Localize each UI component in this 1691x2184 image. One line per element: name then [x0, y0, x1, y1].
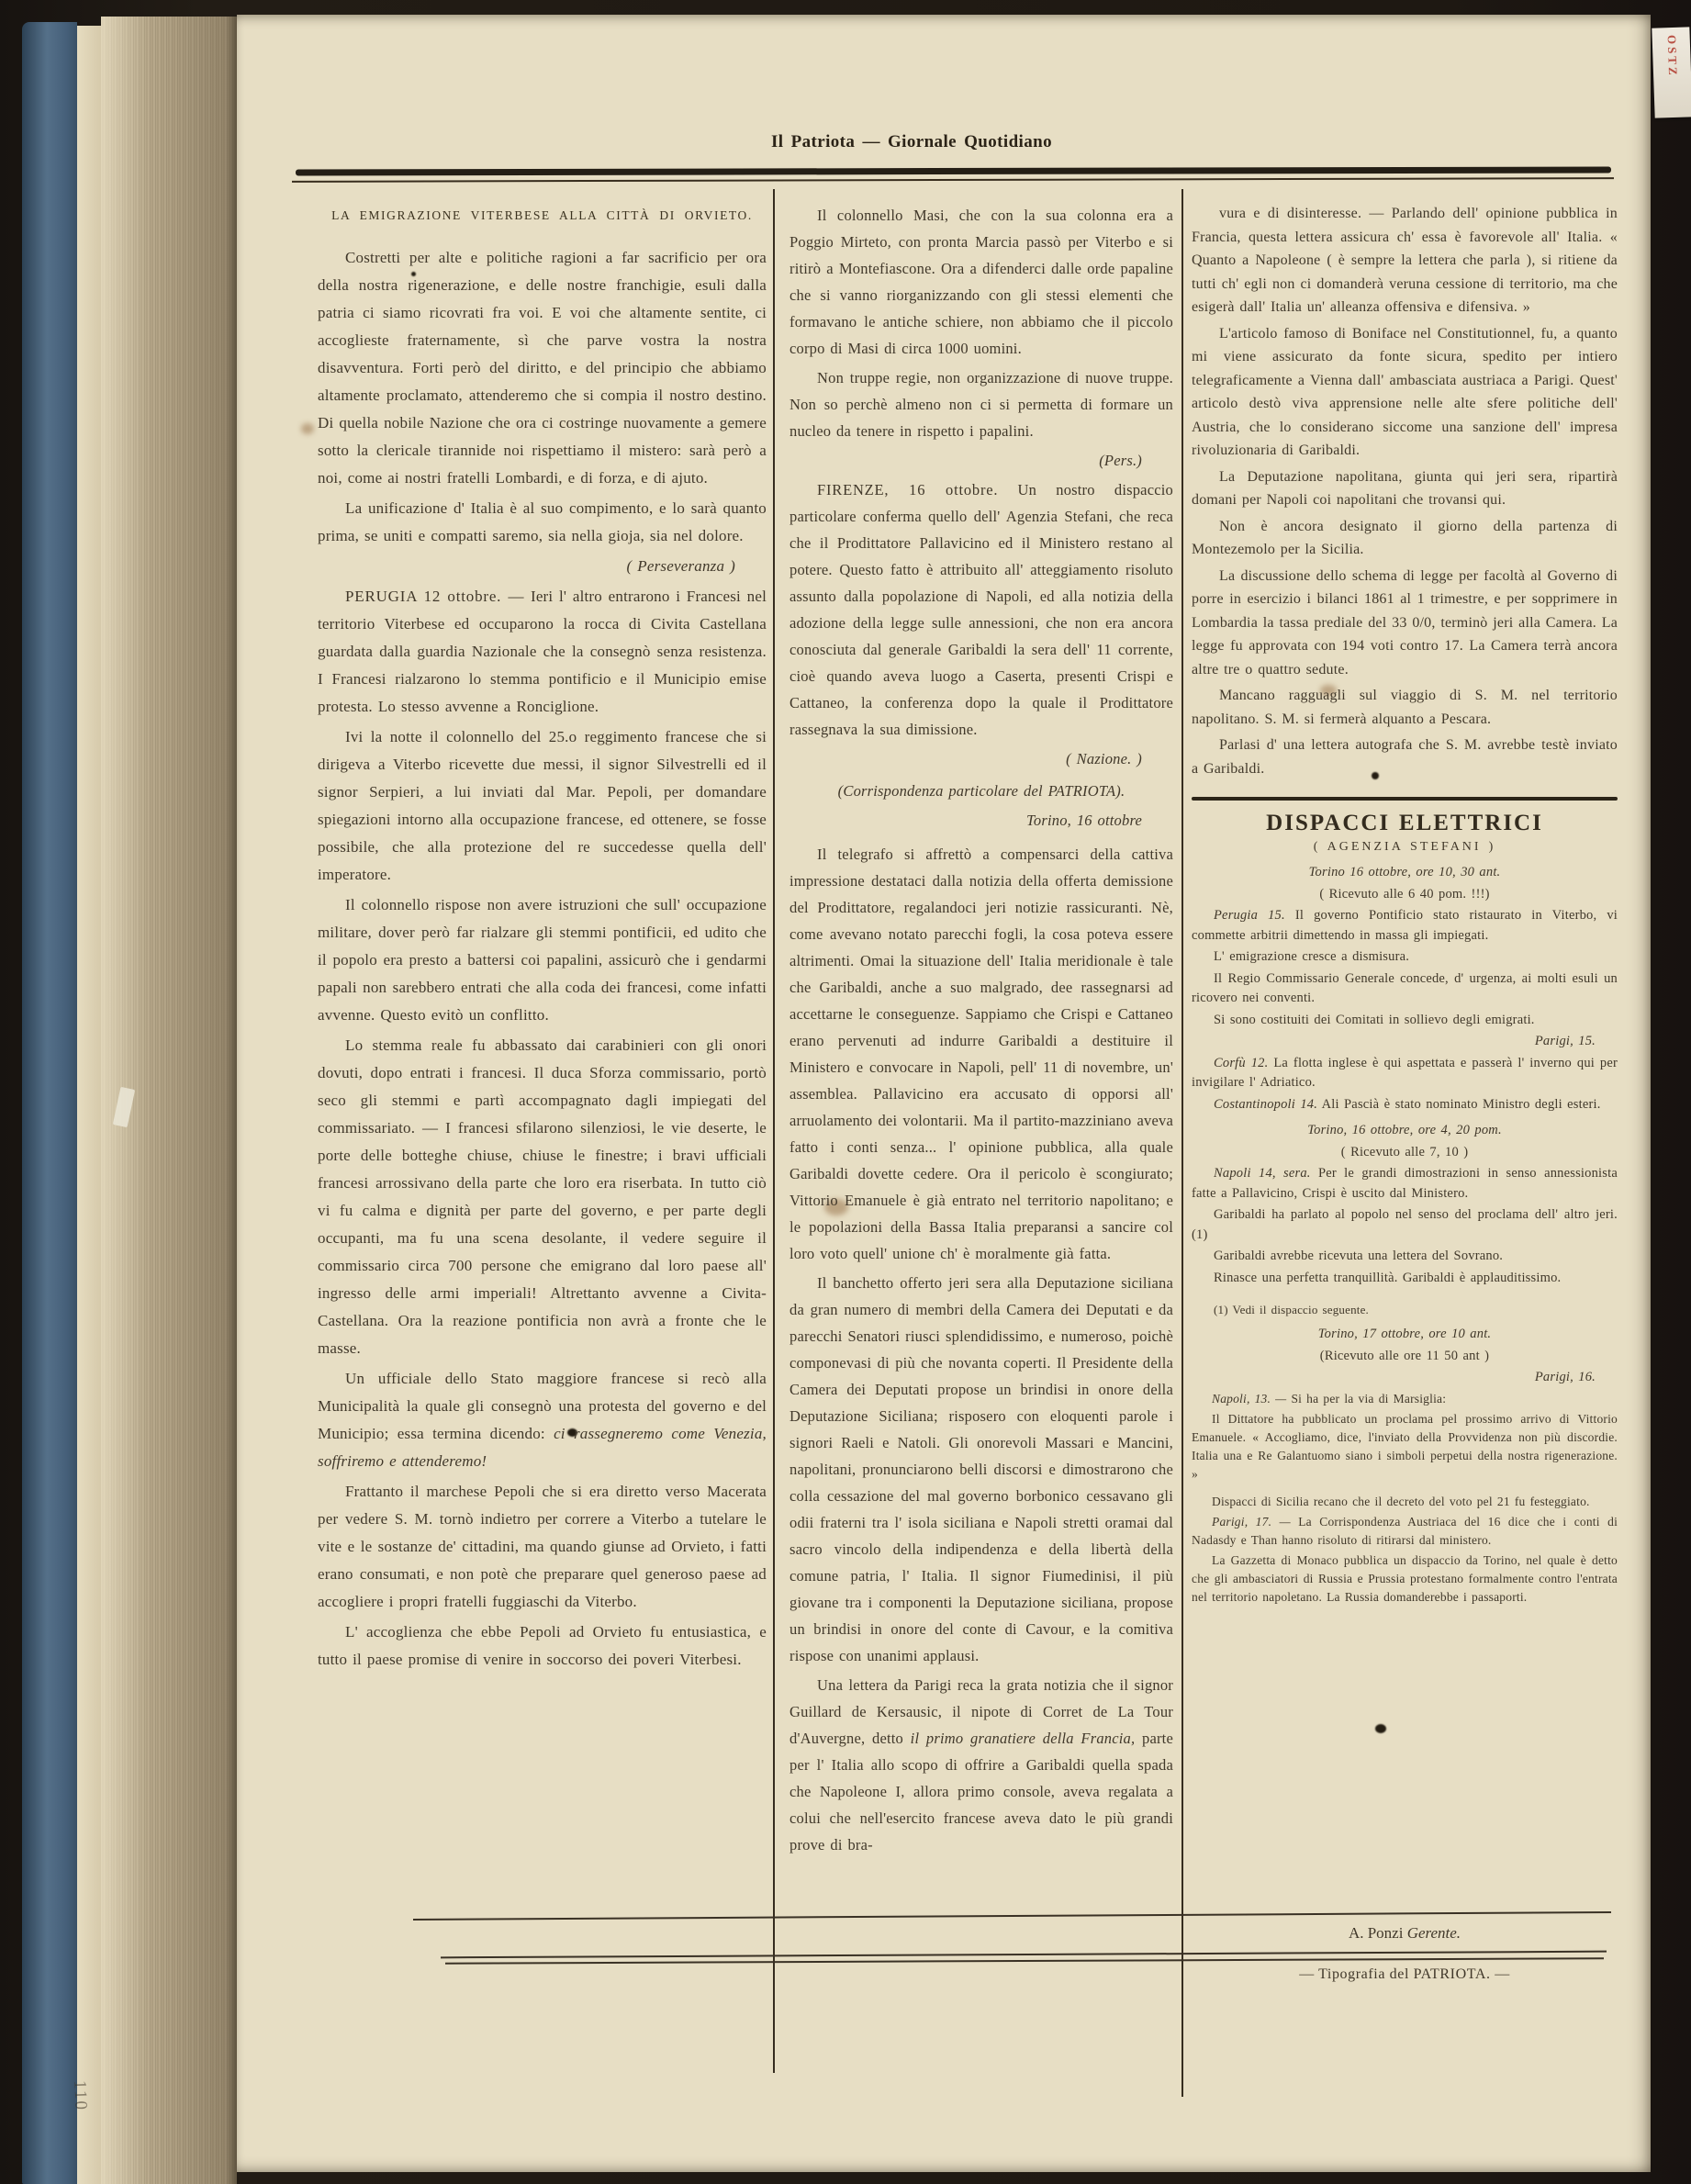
dispatch-item: La Gazzetta di Monaco pubblica un dispac… [1192, 1551, 1618, 1607]
footer-manager: A. Ponzi Gerente. [1192, 1924, 1618, 1943]
section-divider [1192, 797, 1618, 801]
dispatch-place: Perugia 15. [1214, 908, 1285, 923]
paragraph: La unificazione d' Italia è al suo compi… [318, 495, 767, 550]
page-edge-strip [77, 26, 101, 2184]
stain [301, 423, 314, 434]
source-signature: (Pers.) [790, 447, 1173, 474]
received-line: ( Ricevuto alle 6 40 pom. !!!) [1192, 885, 1618, 905]
ink-blot [1375, 1724, 1386, 1733]
dispatches-title: DISPACCI ELETTRICI [1192, 813, 1618, 834]
paragraph: vura e di disinteresse. — Parlando dell'… [1192, 202, 1618, 319]
received-line: ( Ricevuto alle 7, 10 ) [1192, 1143, 1618, 1163]
paragraph: Non truppe regie, non organizzazione di … [790, 364, 1173, 444]
dateline-lead: PERUGIA 12 ottobre. — [345, 588, 524, 605]
dispatch-text: Si ha per la via di Marsiglia: [1291, 1392, 1446, 1406]
paragraph: Non è ancora designato il giorno della p… [1192, 515, 1618, 562]
dispatch-item: Garibaldi avrebbe ricevuta una lettera d… [1192, 1247, 1618, 1267]
paragraph: La Deputazione napolitana, giunta qui je… [1192, 465, 1618, 512]
footer-rule [445, 1957, 1604, 1965]
paragraph: FIRENZE, 16 ottobre. Un nostro dispaccio… [790, 476, 1173, 743]
dispatch-item: Corfù 12. La flotta inglese è qui aspett… [1192, 1054, 1618, 1093]
dispatches-small-section: Napoli, 13. — Si ha per la via di Marsig… [1192, 1390, 1618, 1607]
agency-line: ( AGENZIA STEFANI ) [1192, 837, 1618, 857]
footer-rule [441, 1951, 1607, 1959]
paragraph: L'articolo famoso di Boniface nel Consti… [1192, 322, 1618, 463]
footer-rule [413, 1911, 1611, 1921]
paragraph: Mancano ragguagli sul viaggio di S. M. n… [1192, 684, 1618, 731]
corner-sticker: OSTZ [1652, 27, 1691, 118]
article-dateline: Torino, 16 ottobre [790, 807, 1173, 834]
column-rule [773, 189, 775, 2073]
dispatch-item: Si sono costituiti dei Comitati in solli… [1192, 1011, 1618, 1031]
paragraph: Costretti per alte e politiche ragioni a… [318, 244, 767, 492]
dispatch-place: Napoli 14, sera. [1214, 1166, 1311, 1181]
manager-name: A. Ponzi [1349, 1924, 1404, 1942]
dispatch-dateline: Torino 16 ottobre, ore 10, 30 ant. [1192, 863, 1618, 883]
dispatch-place: Corfù 12. [1214, 1056, 1268, 1070]
dispatch-item: Il Dittatore ha pubblicato un proclama p… [1192, 1410, 1618, 1484]
footnote: (1) Vedi il dispaccio seguente. [1192, 1301, 1618, 1318]
dispatch-item: L' emigrazione cresce a dismisura. [1192, 947, 1618, 968]
dispatch-text: Ali Pascià è stato nominato Ministro deg… [1322, 1097, 1601, 1112]
paragraph-text: Un nostro dispaccio particolare conferma… [790, 481, 1173, 738]
article-heading: LA EMIGRAZIONE VITERBESE ALLA CITTÀ DI O… [318, 202, 767, 230]
dispatch-dateline: Torino, 16 ottobre, ore 4, 20 pom. [1192, 1121, 1618, 1141]
received-line: (Ricevuto alle ore 11 50 ant ) [1192, 1347, 1618, 1367]
paragraph: Il colonnello rispose non avere istruzio… [318, 891, 767, 1029]
paragraph: Una lettera da Parigi reca la grata noti… [790, 1672, 1173, 1858]
paragraph-text: Ieri l' altro entrarono i Francesi nel t… [318, 588, 767, 715]
footer-imprint: — Tipografia del PATRIOTA. — [1192, 1966, 1618, 1983]
source-signature: ( Nazione. ) [790, 745, 1173, 772]
dispatch-item: Costantinopoli 14. Ali Pascià è stato no… [1192, 1095, 1618, 1115]
dispatch-place: Costantinopoli 14. [1214, 1097, 1317, 1112]
paragraph: PERUGIA 12 ottobre. — Ieri l' altro entr… [318, 583, 767, 721]
dispatch-item: Rinasce una perfetta tranquillità. Garib… [1192, 1269, 1618, 1289]
masthead-rule-thin [292, 177, 1614, 183]
correspondence-heading: (Corrispondenza particolare del PATRIOTA… [790, 778, 1173, 804]
dispatch-item: Parigi, 17. — La Corrispondenza Austriac… [1192, 1513, 1618, 1550]
column-rule [1181, 189, 1183, 2097]
dispatch-dateline: Torino, 17 ottobre, ore 10 ant. [1192, 1325, 1618, 1345]
dispatch-place-signature: Parigi, 16. [1192, 1368, 1618, 1388]
newspaper-page: Il Patriota — Giornale Quotidiano LA EMI… [237, 15, 1651, 2172]
paragraph: Frattanto il marchese Pepoli che si era … [318, 1478, 767, 1616]
dispatches-section: DISPACCI ELETTRICI ( AGENZIA STEFANI ) T… [1192, 813, 1618, 1607]
dispatch-item: Dispacci di Sicilia recano che il decret… [1192, 1493, 1618, 1511]
paragraph: Il banchetto offerto jeri sera alla Depu… [790, 1270, 1173, 1669]
italic-phrase: il primo granatiere della Francia, [911, 1730, 1136, 1747]
dispatch-item: Il Regio Commissario Generale concede, d… [1192, 969, 1618, 1009]
paragraph: Ivi la notte il colonnello del 25.o regg… [318, 723, 767, 889]
margin-mark: 110 [69, 2080, 90, 2112]
dispatch-item: Perugia 15. Il governo Pontificio stato … [1192, 906, 1618, 946]
paragraph-text: parte per l' Italia allo scopo di offrir… [790, 1730, 1173, 1854]
dispatch-place: Parigi, 17. — [1212, 1515, 1291, 1529]
dispatch-item: Napoli 14, sera. Per le grandi dimostraz… [1192, 1164, 1618, 1204]
paragraph: La discussione dello schema di legge per… [1192, 565, 1618, 682]
paragraph: Lo stemma reale fu abbassato dai carabin… [318, 1032, 767, 1362]
dispatch-item: Garibaldi ha parlato al popolo nel senso… [1192, 1205, 1618, 1245]
dispatch-item: Napoli, 13. — Si ha per la via di Marsig… [1192, 1390, 1618, 1408]
column-2: Il colonnello Masi, che con la sua colon… [790, 202, 1173, 1861]
paragraph: Parlasi d' una lettera autografa che S. … [1192, 734, 1618, 780]
dispatch-place: Napoli, 13. — [1212, 1392, 1286, 1406]
corner-sticker-text: OSTZ [1652, 28, 1680, 79]
source-signature: ( Perseveranza ) [318, 553, 767, 580]
masthead-title: Il Patriota — Giornale Quotidiano [696, 132, 1127, 152]
manager-role: Gerente. [1407, 1924, 1461, 1942]
paragraph: Il telegrafo si affrettò a compensarci d… [790, 841, 1173, 1267]
book-cover-edge [22, 22, 77, 2184]
column-3: vura e di disinteresse. — Parlando dell'… [1192, 202, 1618, 1608]
paragraph: Il colonnello Masi, che con la sua colon… [790, 202, 1173, 362]
dateline-lead: FIRENZE, 16 ottobre. [817, 481, 998, 498]
paragraph: L' accoglienza che ebbe Pepoli ad Orviet… [318, 1618, 767, 1674]
dispatch-place-signature: Parigi, 15. [1192, 1032, 1618, 1052]
masthead-rule-thick [296, 166, 1611, 175]
paragraph: Un ufficiale dello Stato maggiore france… [318, 1365, 767, 1475]
column-1: LA EMIGRAZIONE VITERBESE ALLA CITTÀ DI O… [318, 202, 767, 1676]
